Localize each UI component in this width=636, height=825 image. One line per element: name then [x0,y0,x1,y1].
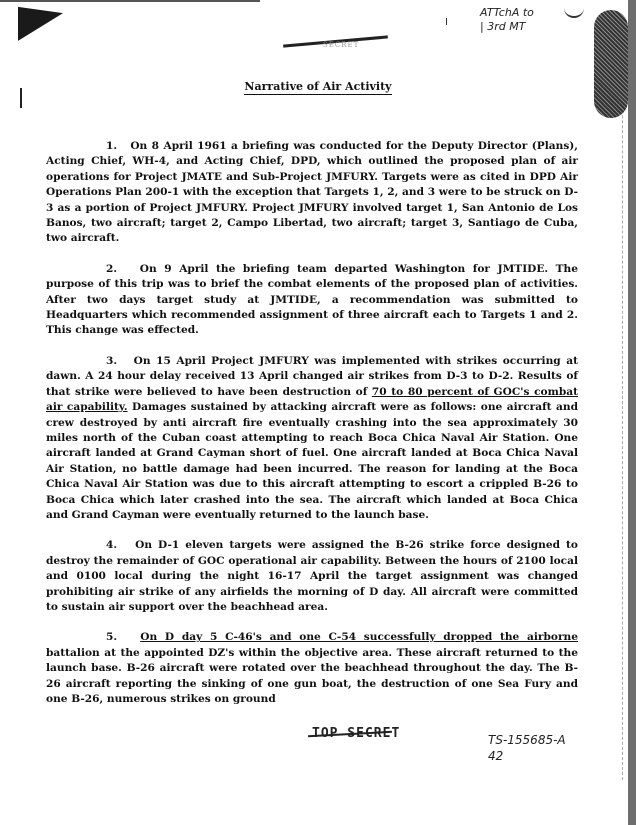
scan-corner-artifact [18,7,63,47]
paragraph-number: 5. [106,631,117,643]
paragraph-5: 5. On D day 5 C-46's and one C-54 succes… [46,630,578,707]
scan-right-edge [628,0,636,825]
paragraph-text: On D-1 eleven targets were assigned the … [46,539,578,613]
bottom-classification-stamp: TOP SECRET [312,726,400,741]
binder-hole [594,10,628,118]
paragraph-number: 3. [106,355,117,367]
underlined-text: On D day 5 C-46's and one C-54 successfu… [140,631,578,643]
paragraph-number: 4. [106,539,117,551]
page-title: Narrative of Air Activity [0,80,636,93]
attachment-note-line2: | 3rd MT [480,20,534,34]
paragraph-text: On 9 April the briefing team departed Wa… [46,263,578,337]
scan-dotted-edge [622,20,624,780]
paragraph-number: 1. [106,140,117,152]
handwritten-document-number: TS-155685-A 42 [488,732,566,764]
top-stamp-text: SECRET [323,41,359,49]
paragraph-text: Damages sustained by attacking aircraft … [46,401,578,521]
paragraph-4: 4. On D-1 eleven targets were assigned t… [46,538,578,615]
paragraph-1: 1. On 8 April 1961 a briefing was conduc… [46,139,578,247]
paragraph-2: 2. On 9 April the briefing team departed… [46,262,578,339]
page-note: 42 [488,748,566,764]
top-classification-stamp: SECRET [283,30,393,52]
title-text: Narrative of Air Activity [244,80,391,95]
paragraph-3: 3. On 15 April Project JMFURY was implem… [46,354,578,523]
paragraph-text: On 8 April 1961 a briefing was conducted… [46,140,578,244]
paragraph-text: battalion at the appointed DZ's within t… [46,647,578,705]
paragraph-number: 2. [106,263,117,275]
document-body: 1. On 8 April 1961 a briefing was conduc… [46,139,578,722]
scan-edge-bar [0,0,260,2]
handwritten-circle-mark [564,6,584,18]
document-number: TS-155685-A [488,732,566,748]
handwritten-attachment-note: ATTchA to | 3rd MT [480,6,534,34]
attachment-note-line1: ATTchA to [480,6,534,20]
pen-mark [446,18,447,25]
